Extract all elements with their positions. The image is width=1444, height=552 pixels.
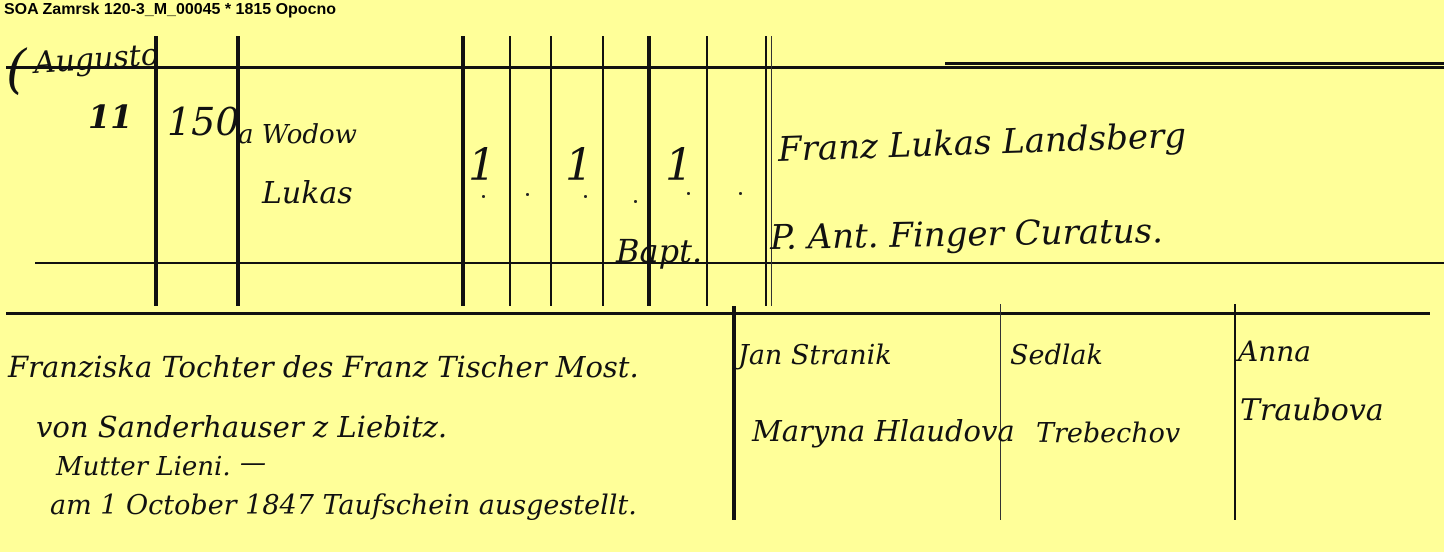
godparent-2-line-2: Trebechov: [1036, 418, 1180, 449]
house-number: 150: [167, 100, 240, 144]
godparent-1-line-1: Jan Stranik: [738, 340, 892, 371]
col-rule-b: [550, 36, 552, 306]
lower-top-rule: [6, 312, 1430, 315]
top-rule-right: [945, 62, 1444, 65]
dot: [482, 195, 485, 198]
baptizer-curatus: P. Ant. Finger Curatus.: [770, 211, 1164, 258]
midwife-line-2: Traubova: [1240, 393, 1384, 428]
document-caption: SOA Zamrsk 120-3_M_00045 * 1815 Opocno: [4, 1, 336, 19]
baptizer-line-1: Franz Lukas Landsberg: [777, 116, 1186, 170]
col-rule-name: [461, 36, 465, 306]
midwife-line-1: Anna: [1238, 335, 1311, 368]
godparent-1-line-2: Maryna Hlaudova: [752, 414, 1015, 448]
dot: [634, 200, 637, 203]
parents-line-2: von Sanderhauser z Liebitz.: [36, 410, 447, 444]
col-rule-date: [154, 36, 158, 306]
mark-legitimacy: 1: [665, 140, 693, 191]
lower-col-rule-godparent-2: [1000, 304, 1001, 520]
month: Augusto: [33, 37, 160, 81]
place-name: a Wodow: [238, 120, 357, 150]
parents-line-1: Franziska Tochter des Franz Tischer Most…: [8, 350, 639, 384]
mark-gender: 1: [565, 140, 593, 191]
annotation-dash: —: [240, 448, 266, 478]
annotation-line-2: am 1 October 1847 Taufschein ausgestellt…: [50, 490, 637, 521]
col-rule-c: [602, 36, 604, 306]
godparent-2-line-1: Sedlak: [1010, 340, 1103, 371]
lower-col-rule-midwife: [1234, 304, 1236, 520]
lower-col-rule-godparent: [732, 306, 736, 520]
col-rule-f1: [765, 36, 767, 306]
annotation-line-1: Mutter Lieni.: [56, 452, 231, 482]
col-rule-e: [706, 36, 708, 306]
upper-bottom-rule: [35, 262, 1444, 264]
dot: [584, 195, 587, 198]
day: 11: [88, 98, 133, 136]
dot: [739, 192, 742, 195]
col-rule-house: [236, 36, 240, 306]
child-name: Lukas: [262, 176, 353, 211]
col-rule-f2: [771, 36, 772, 306]
baptized-label: Bapt.: [616, 232, 702, 270]
dot: [687, 192, 690, 195]
top-rule: [6, 66, 1444, 69]
dot: [526, 193, 529, 196]
month-initial-flourish: (: [6, 40, 26, 100]
col-rule-a: [509, 36, 511, 306]
mark-religion: 1: [468, 140, 496, 191]
